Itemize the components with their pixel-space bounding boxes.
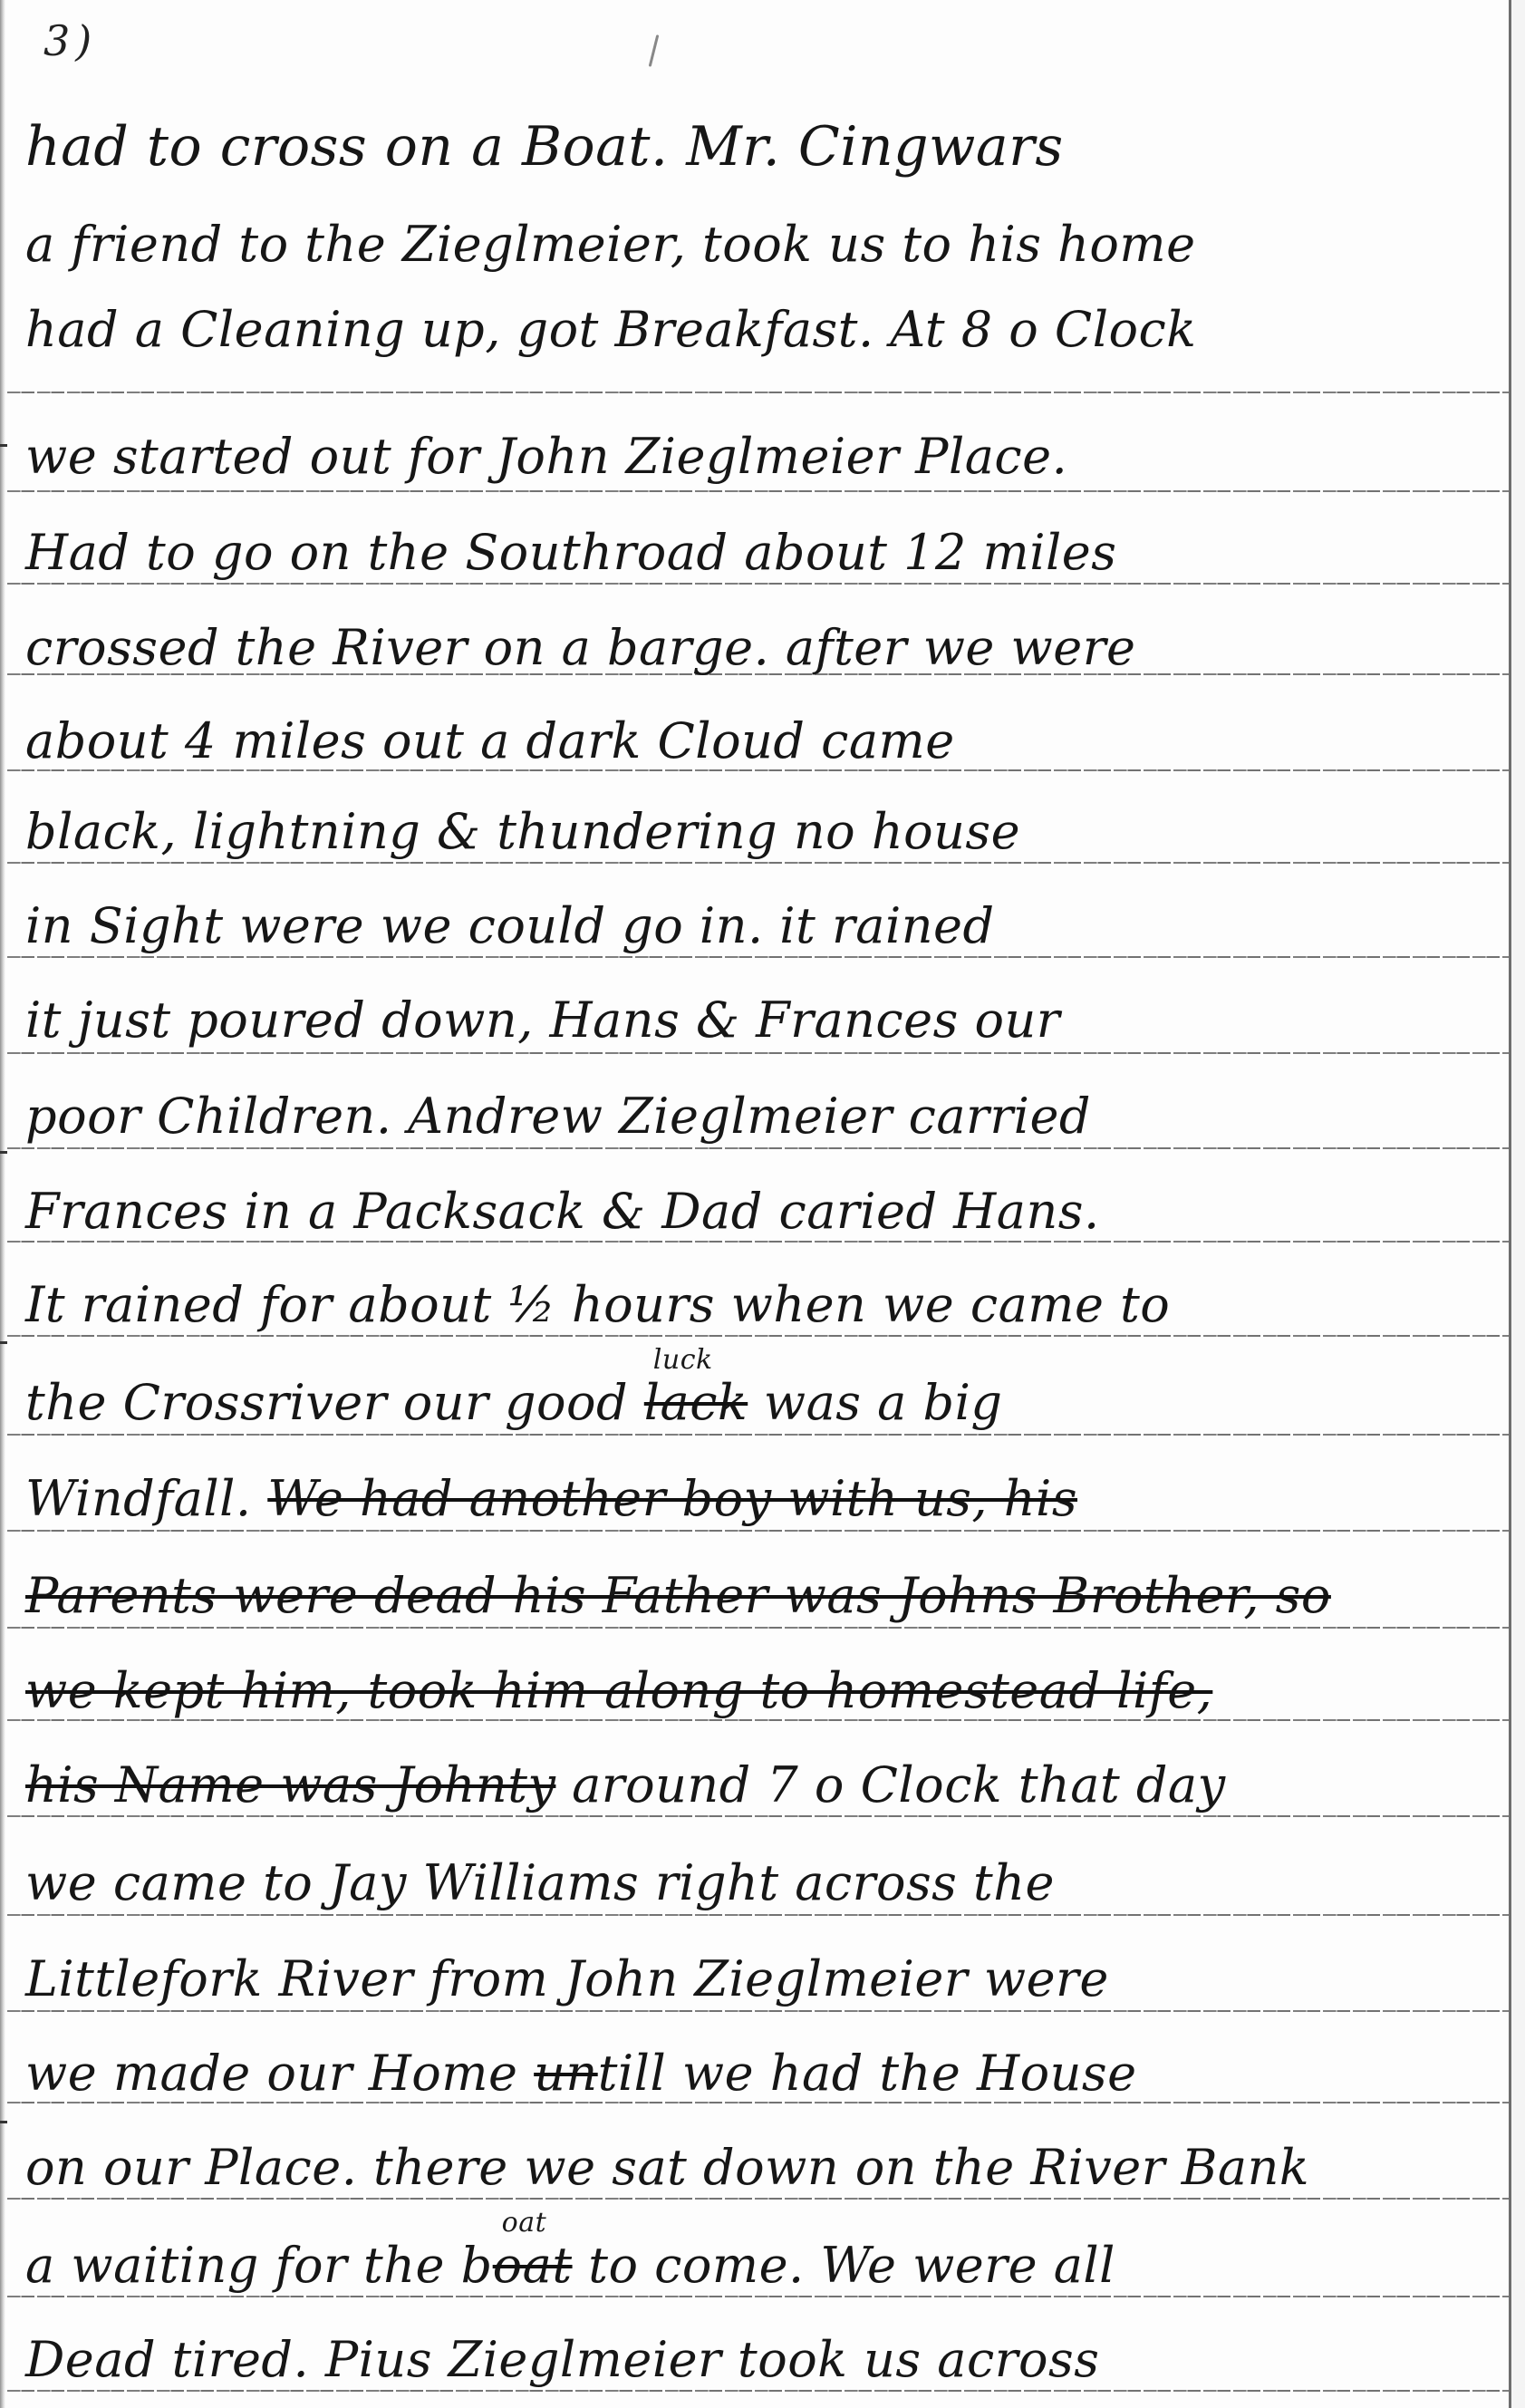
line-text: had a Cleaning up, got Breakfast. At 8 o… (25, 301, 1196, 358)
line-text: poor Children. Andrew Zieglmeier carried (25, 1088, 1091, 1145)
ruled-line (7, 1052, 1509, 1054)
struck-text: we kept him, took him along to homestead… (25, 1662, 1212, 1719)
text-line-21: we made our Home untill we had the House (25, 2045, 1493, 2103)
line-text: about 4 miles out a dark Cloud came (25, 712, 955, 769)
text-line-23: a waiting for the boatoat to come. We we… (25, 2237, 1493, 2295)
text-line-1: had to cross on a Boat. Mr. Cingwars (25, 118, 1493, 176)
text-line-8: black, lightning & thundering no house (25, 803, 1493, 861)
ruled-line (7, 1147, 1509, 1149)
struck-text: Parents were dead his Father was Johns B… (25, 1567, 1331, 1624)
stray-ink-mark (649, 34, 660, 67)
ruled-line (7, 2296, 1509, 2297)
line-text: was a big (748, 1374, 1002, 1431)
text-line-6: crossed the River on a barge. after we w… (25, 619, 1493, 677)
text-line-14: the Crossriver our good lackluck was a b… (25, 1374, 1493, 1432)
line-text: had to cross on a Boat. Mr. Cingwars (25, 115, 1064, 179)
text-line-12: Frances in a Packsack & Dad caried Hans. (25, 1183, 1493, 1241)
struck-text: We had another boy with us, his (267, 1470, 1077, 1527)
line-text: in Sight were we could go in. it rained (25, 897, 995, 954)
ruled-line (7, 2010, 1509, 2012)
correction-group: oatoat (493, 2237, 573, 2295)
text-line-2: a friend to the Zieglmeier, took us to h… (25, 216, 1493, 274)
text-line-17: we kept him, took him along to homestead… (25, 1662, 1493, 1720)
line-text: a waiting for the b (25, 2237, 493, 2294)
text-line-22: on our Place. there we sat down on the R… (25, 2139, 1493, 2197)
ruled-line (7, 2198, 1509, 2200)
ruled-line (7, 1627, 1509, 1629)
text-line-4: we started out for John Zieglmeier Place… (25, 428, 1493, 486)
struck-word: lack (644, 1374, 748, 1431)
inserted-correction: oat (502, 2210, 547, 2237)
text-line-18: his Name was Johnty around 7 o Clock tha… (25, 1756, 1493, 1814)
line-text: Had to go on the Southroad about 12 mile… (25, 524, 1116, 581)
text-line-20: Littlefork River from John Zieglmeier we… (25, 1950, 1493, 2008)
line-text: around 7 o Clock that day (555, 1756, 1225, 1813)
ruled-line (7, 956, 1509, 958)
text-line-5: Had to go on the Southroad about 12 mile… (25, 524, 1493, 582)
line-text: we started out for John Zieglmeier Place… (25, 428, 1067, 485)
line-text: crossed the River on a barge. after we w… (25, 619, 1136, 676)
line-text: we came to Jay Williams right across the (25, 1854, 1055, 1911)
ruled-line (7, 392, 1509, 393)
line-text: black, lightning & thundering no house (25, 803, 1020, 860)
ruled-line (7, 1815, 1509, 1817)
line-text: Littlefork River from John Zieglmeier we… (25, 1950, 1109, 2007)
line-text: it just poured down, Hans & Frances our (25, 991, 1060, 1049)
line-text: It rained for about ½ hours when we came… (25, 1276, 1170, 1333)
struck-word: oat (493, 2237, 573, 2294)
text-line-9: in Sight were we could go in. it rained (25, 897, 1493, 955)
correction-group: lackluck (644, 1374, 748, 1432)
margin-tick (0, 1151, 7, 1154)
struck-text: un (534, 2045, 598, 2102)
line-text: on our Place. there we sat down on the R… (25, 2139, 1309, 2196)
ruled-line (7, 2390, 1509, 2392)
line-text: Windfall. (25, 1470, 267, 1527)
margin-tick (0, 2121, 7, 2123)
margin-tick (0, 444, 7, 447)
text-line-16: Parents were dead his Father was Johns B… (25, 1567, 1493, 1625)
page-left-edge (0, 0, 5, 2408)
text-line-7: about 4 miles out a dark Cloud came (25, 712, 1493, 770)
margin-tick (0, 1341, 7, 1344)
ruled-line (7, 1335, 1509, 1337)
document-page: 3) had to cross on a Boat. Mr. Cingwars … (0, 0, 1525, 2408)
text-line-11: poor Children. Andrew Zieglmeier carried (25, 1088, 1493, 1146)
ruled-line (7, 583, 1509, 585)
text-line-10: it just poured down, Hans & Frances our (25, 991, 1493, 1049)
line-text: a friend to the Zieglmeier, took us to h… (25, 216, 1196, 273)
ruled-line (7, 1241, 1509, 1243)
ruled-line (7, 1530, 1509, 1532)
right-page-strip (1511, 0, 1525, 2408)
inserted-correction: luck (653, 1347, 713, 1374)
ruled-line (7, 862, 1509, 864)
struck-text: his Name was Johnty (25, 1756, 555, 1813)
text-line-13: It rained for about ½ hours when we came… (25, 1276, 1493, 1334)
text-line-3: had a Cleaning up, got Breakfast. At 8 o… (25, 301, 1493, 359)
ruled-line (7, 490, 1509, 492)
page-number: 3) (43, 16, 97, 65)
line-text: to come. We were all (573, 2237, 1115, 2294)
text-line-15: Windfall. We had another boy with us, hi… (25, 1470, 1493, 1528)
text-line-24: Dead tired. Pius Zieglmeier took us acro… (25, 2331, 1493, 2389)
line-text: we made our Home (25, 2045, 534, 2102)
ruled-line (7, 1434, 1509, 1436)
text-line-19: we came to Jay Williams right across the (25, 1854, 1493, 1912)
line-text: Frances in a Packsack & Dad caried Hans. (25, 1183, 1100, 1240)
line-text: Dead tired. Pius Zieglmeier took us acro… (25, 2331, 1099, 2388)
ruled-line (7, 1914, 1509, 1916)
line-text: till we had the House (598, 2045, 1137, 2102)
line-text: the Crossriver our good (25, 1374, 644, 1431)
